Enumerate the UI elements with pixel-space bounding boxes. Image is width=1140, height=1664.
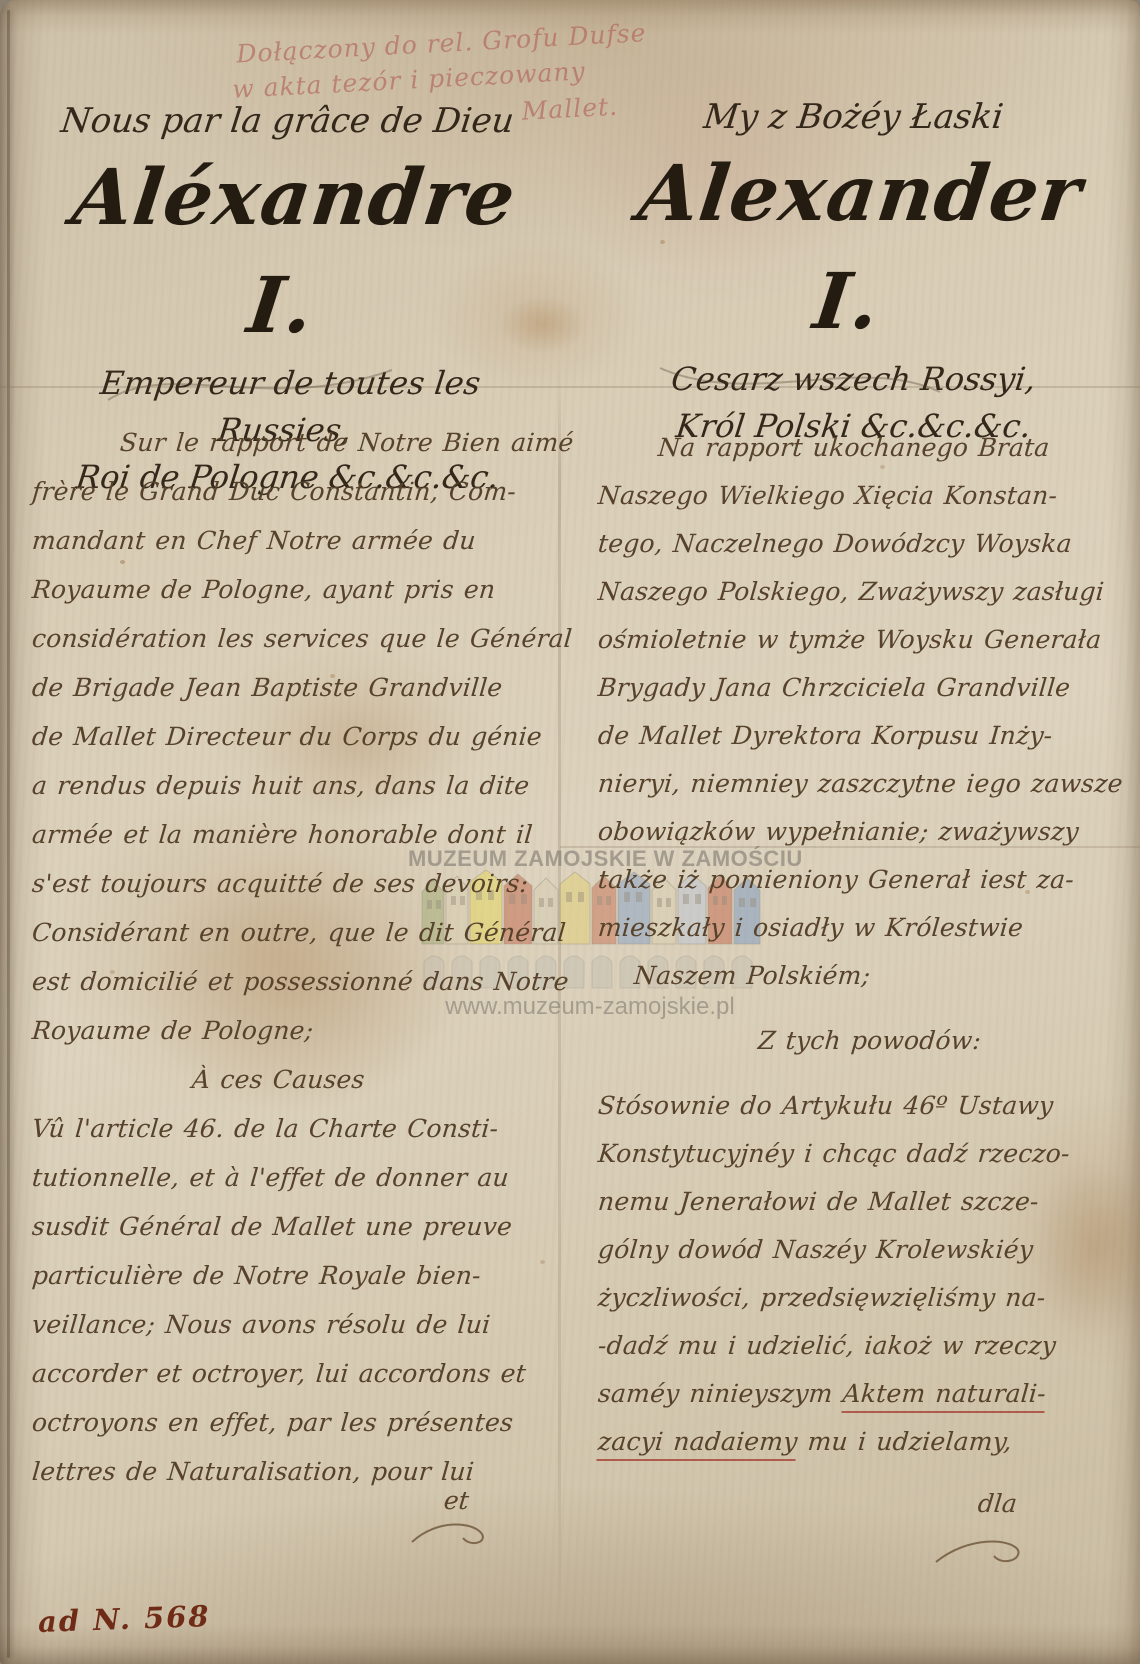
manuscript-line-pl: Brygady Jana Chrzciciela Grandville	[596, 664, 1140, 712]
manuscript-line-fr: considération les services que le Généra…	[30, 614, 574, 663]
manuscript-line-fr: Sur le rapport de Notre Bien aimé	[30, 418, 574, 467]
monarch-name-fr: Aléxandre I.	[17, 144, 559, 360]
manuscript-line-pl: także iż pomieniony Generał iest za-	[596, 856, 1140, 904]
manuscript-line-fr: mandant en Chef Notre armée du	[30, 516, 574, 565]
manuscript-line-pl: gólny dowód Naszéy Krolewskiéy	[596, 1226, 1140, 1274]
docket-number: ad N. 568	[37, 1599, 211, 1639]
manuscript-line-pl: życzliwości, przedsięwzięliśmy na-	[596, 1274, 1140, 1322]
manuscript-line-fr: armée et la manière honorable dont il	[30, 810, 574, 859]
manuscript-line-fr: Considérant en outre, que le dit Général	[30, 908, 574, 957]
manuscript-line-pl: obowiązków wypełnianie; zważywszy	[596, 808, 1140, 856]
manuscript-line-pl: Naszem Polskiém;	[596, 952, 1140, 1000]
manuscript-line-fr: tutionnelle, et à l'effet de donner au	[30, 1153, 574, 1202]
manuscript-line-pl: nemu Jenerałowi de Mallet szcze-	[596, 1178, 1140, 1226]
page-edge	[7, 10, 10, 1658]
catchword-flourish-right	[930, 1532, 1030, 1570]
manuscript-line-fr: s'est toujours acquitté de ses devoirs:	[30, 859, 574, 908]
manuscript-line-fr: de Mallet Directeur du Corps du génie	[30, 712, 574, 761]
manuscript-line-pl: tego, Naczelnego Dowódzcy Woyska	[596, 520, 1140, 568]
manuscript-line-fr: a rendus depuis huit ans, dans la dite	[30, 761, 574, 810]
manuscript-line-pl: de Mallet Dyrektora Korpusu Inży-	[596, 712, 1140, 760]
manuscript-line-pl: Z tych powodów:	[596, 1017, 1140, 1065]
invocation-line-fr: Nous par la grâce de Dieu	[27, 98, 548, 144]
manuscript-line-fr: À ces Causes	[30, 1055, 574, 1104]
catchword-flourish-left	[408, 1516, 498, 1550]
manuscript-line-pl: saméy ninieyszym Aktem naturali-	[596, 1370, 1140, 1418]
calligraphic-swash	[100, 356, 400, 412]
manuscript-line-fr: octroyons en effet, par les présentes	[30, 1398, 574, 1447]
manuscript-line-pl: zacyi nadaiemy mu i udzielamy,	[596, 1418, 1140, 1466]
manuscript-line-fr: de Brigade Jean Baptiste Grandville	[30, 663, 574, 712]
manuscript-line-fr: Vû l'article 46. de la Charte Consti-	[30, 1104, 574, 1153]
manuscript-line-pl: -dadź mu i udzielić, iakoż w rzeczy	[596, 1322, 1140, 1370]
manuscript-line-fr: lettres de Naturalisation, pour lui	[30, 1447, 574, 1496]
french-text-column: Sur le rapport de Notre Bien aiméfrère l…	[30, 418, 570, 1496]
manuscript-line-pl: nieryi, niemniey zaszczytne iego zawsze	[596, 760, 1140, 808]
monarch-name-pl: Alexander I.	[583, 140, 1125, 356]
manuscript-line-pl: Konstytucyjnéy i chcąc dadź rzeczo-	[596, 1130, 1140, 1178]
manuscript-line-pl: mieszkały i osiadły w Królestwie	[596, 904, 1140, 952]
manuscript-line-fr: particulière de Notre Royale bien-	[30, 1251, 574, 1300]
manuscript-page: MUZEUM ZAMOJSKIE W ZAMOŚCIU	[0, 0, 1140, 1664]
manuscript-line-pl: Stósownie do Artykułu 46º Ustawy	[596, 1082, 1140, 1130]
catchword-left: et	[442, 1486, 470, 1515]
polish-text-column: Na rapport ukochanego BrataNaszego Wielk…	[596, 424, 1136, 1466]
manuscript-line-pl: Naszego Wielkiego Xięcia Konstan-	[596, 472, 1140, 520]
manuscript-line-fr: est domicilié et possessionné dans Notre	[30, 957, 574, 1006]
manuscript-line-fr: susdit Général de Mallet une preuve	[30, 1202, 574, 1251]
manuscript-line-pl: Na rapport ukochanego Brata	[596, 424, 1140, 472]
manuscript-line-fr: Royaume de Pologne, ayant pris en	[30, 565, 574, 614]
manuscript-line-pl: Naszego Polskiego, Zważywszy zasługi	[596, 568, 1140, 616]
manuscript-line-fr: veillance; Nous avons résolu de lui	[30, 1300, 574, 1349]
manuscript-line-fr: frère le Grand Duc Constantin, Com-	[30, 467, 574, 516]
manuscript-line-fr: accorder et octroyer, lui accordons et	[30, 1349, 574, 1398]
catchword-right: dla	[976, 1489, 1018, 1518]
invocation-line-pl: My z Bożéy Łaski	[593, 94, 1114, 140]
manuscript-line-pl: ośmioletnie w tymże Woysku Generała	[596, 616, 1140, 664]
manuscript-line-fr: Royaume de Pologne;	[30, 1006, 574, 1055]
calligraphic-swash	[650, 352, 950, 408]
